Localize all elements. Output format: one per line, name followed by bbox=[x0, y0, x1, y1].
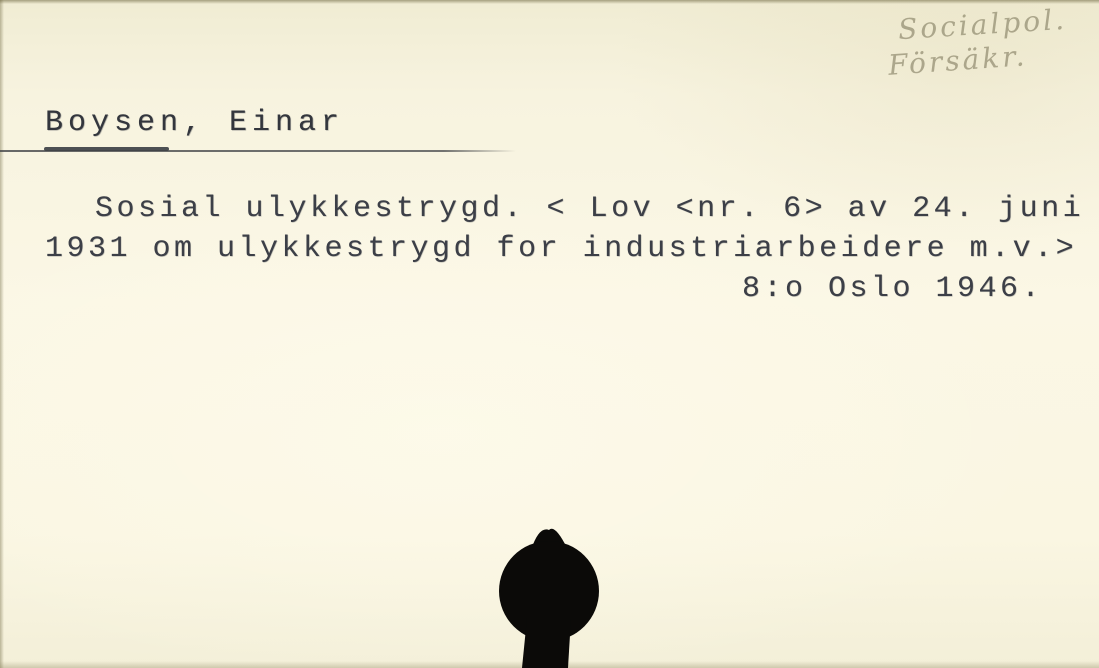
heading-rule-line bbox=[0, 150, 516, 152]
punch-hole-keyhole-mark bbox=[485, 520, 615, 668]
handwritten-annotation-line-1: Socialpol. bbox=[897, 3, 1068, 46]
catalog-card: Socialpol. Försäkr. Boysen, Einar Sosial… bbox=[0, 0, 1099, 668]
body-text-line-2: 1931 om ulykkestrygd for industriarbeide… bbox=[45, 232, 1077, 266]
card-heading-author-name: Boysen, Einar bbox=[45, 106, 344, 140]
body-text-line-3-imprint: 8:o Oslo 1946. bbox=[742, 272, 1043, 306]
card-left-edge-shadow bbox=[0, 0, 4, 668]
body-text-line-1: Sosial ulykkestrygd. < Lov <nr. 6> av 24… bbox=[95, 192, 1084, 226]
card-top-edge-shadow bbox=[0, 0, 1099, 4]
